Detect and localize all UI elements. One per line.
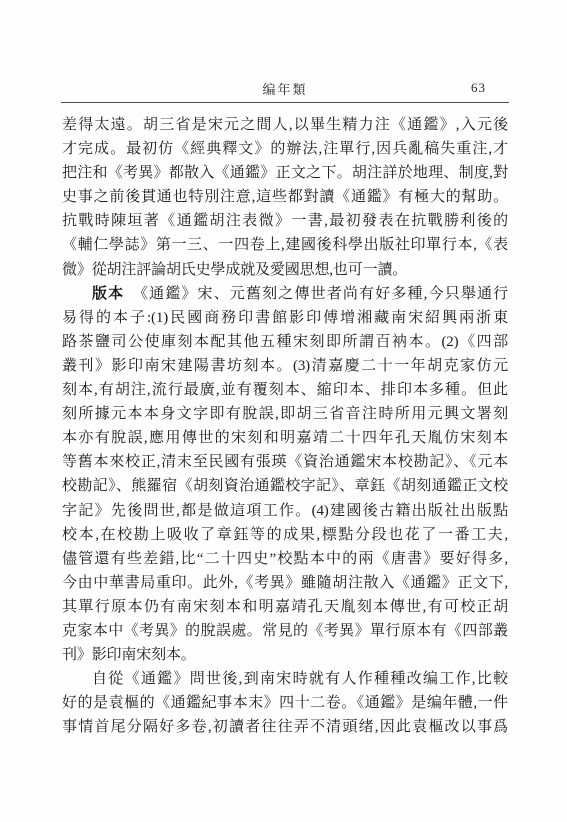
text-line: 等舊本來校正,清末至民國有張瑛《資治通鑑宋本校勘記》、《元本 (62, 450, 508, 474)
text-line: 把注和《考異》都散入《通鑑》正文之下。胡注詳於地理、制度,對 (62, 161, 508, 185)
text-line: 本亦有脫誤,應用傳世的宋刻和明嘉靖二十四年孔天胤仿宋刻本 (62, 426, 508, 450)
text-line: 史事之前後貫通也特別注意,這些都對讀《通鑑》有極大的幫助。 (62, 185, 508, 209)
text-line: 校勘記》、熊羅宿《胡刻資治通鑑校字記》、章鈺《胡刻通鑑正文校 (62, 474, 508, 498)
text-line: 抗戰時陳垣著《通鑑胡注表微》一書,最初發表在抗戰勝利後的 (62, 209, 508, 233)
header-rule (61, 102, 509, 103)
text-line: 《輔仁學誌》第一三、一四卷上,建國後科學出版社印單行本,《表 (62, 233, 508, 257)
text-line: 字記》先後問世,都是做這項工作。(4)建國後古籍出版社出版點 (62, 499, 508, 523)
page-header: 编年類 63 (62, 79, 508, 99)
text-line: 路茶鹽司公使庫刻本配其他五種宋刻即所謂百衲本。(2)《四部 (62, 330, 508, 354)
text-line: 好的是袁樞的《通鑑紀事本末》四十二卷。《通鑑》是编年體,一件 (62, 691, 508, 715)
text-line: 刻所據元本本身文字即有脫誤,即胡三省音注時所用元興文署刻 (62, 402, 508, 426)
running-head: 编年類 (62, 79, 508, 98)
text-line: 其單行原本仍有南宋刻本和明嘉靖孔天胤刻本傳世,有可校正胡 (62, 595, 508, 619)
text-line: 差得太遠。胡三省是宋元之間人,以畢生精力注《通鑑》,入元後 (62, 113, 508, 137)
body-text: 差得太遠。胡三省是宋元之間人,以畢生精力注《通鑑》,入元後才完成。最初仿《經典釋… (62, 113, 508, 739)
inline-section-heading: 版本 (92, 286, 124, 302)
text-line: 刻本,有胡注,流行最廣,並有覆刻本、縮印本、排印本多種。但此 (62, 378, 508, 402)
text-line: 微》從胡注評論胡氏史學成就及愛國思想,也可一讀。 (62, 258, 508, 282)
text-line: 叢刊》影印南宋建陽書坊刻本。(3)清嘉慶二十一年胡克家仿元 (62, 354, 508, 378)
text-line: 才完成。最初仿《經典釋文》的辦法,注單行,因兵亂稿失重注,才 (62, 137, 508, 161)
text-line: 儘管還有些差錯,比“二十四史”校點本中的兩《唐書》要好得多, (62, 547, 508, 571)
page-number: 63 (471, 80, 486, 96)
book-page: 编年類 63 差得太遠。胡三省是宋元之間人,以畢生精力注《通鑑》,入元後才完成。… (0, 0, 567, 822)
text-line: 版本 《通鑑》宋、元舊刻之傳世者尚有好多種,今只舉通行 (62, 282, 508, 306)
text-line: 今由中華書局重印。此外,《考異》雖隨胡注散入《通鑑》正文下, (62, 571, 508, 595)
text-line: 刊》影印南宋刻本。 (62, 643, 508, 667)
text-line: 克家本中《考異》的脫誤處。常見的《考異》單行原本有《四部叢 (62, 619, 508, 643)
text-line: 自從《通鑑》問世後,到南宋時就有人作種種改编工作,比較 (62, 667, 508, 691)
text-line: 易得的本子:(1)民國商務印書館影印傅增湘藏南宋紹興兩浙東 (62, 306, 508, 330)
text-line: 事情首尾分隔好多卷,初讀者往往弄不清頭绪,因此袁樞改以事爲 (62, 715, 508, 739)
text-line: 校本,在校勘上吸收了章鈺等的成果,標點分段也花了一番工夫, (62, 523, 508, 547)
